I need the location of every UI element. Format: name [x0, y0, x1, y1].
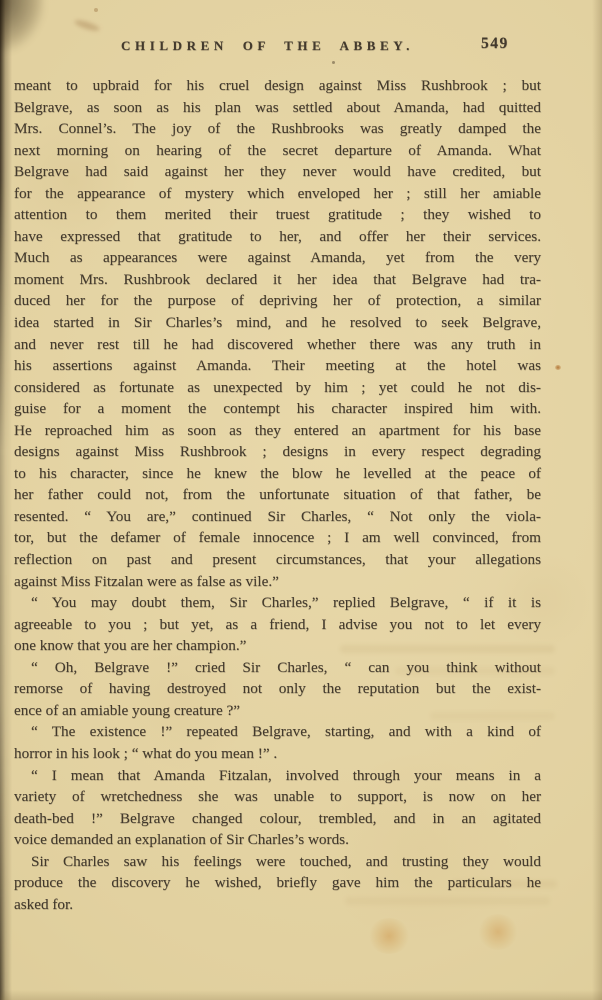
- text-line: “ The existence !” repeated Belgrave, st…: [14, 721, 541, 743]
- text-line: Belgrave had said against her they never…: [14, 161, 541, 183]
- text-line: next morning on hearing of the secret de…: [14, 140, 541, 162]
- ink-speck: [94, 8, 98, 12]
- text-line: moment Mrs. Rushbrook declared it her id…: [14, 269, 541, 291]
- text-line: horror in his look ; “ what do you mean …: [14, 743, 541, 765]
- ink-speck: [535, 458, 538, 461]
- body-text: meant to upbraid for his cruel design ag…: [14, 75, 541, 915]
- text-line: agreeable to you ; but yet, as a friend,…: [14, 614, 541, 636]
- text-line: voice demanded an explanation of Sir Cha…: [14, 829, 541, 851]
- text-line: meant to upbraid for his cruel design ag…: [14, 75, 541, 97]
- text-line: to his character, since he knew the blow…: [14, 463, 541, 485]
- bleedthrough-smudge: [395, 667, 555, 675]
- text-line: Sir Charles saw his feelings were touche…: [14, 851, 541, 873]
- text-line: variety of wretchedness she was unable t…: [14, 786, 541, 808]
- text-line: considered as fortunate as unexpected by…: [14, 377, 541, 399]
- text-line: Belgrave, as soon as his plan was settle…: [14, 97, 541, 119]
- text-line: for the appearance of mystery which enve…: [14, 183, 541, 205]
- bleedthrough-smudge: [430, 712, 555, 720]
- text-line: death-bed !” Belgrave changed colour, tr…: [14, 808, 541, 830]
- text-line: his assertions against Amanda. Their mee…: [14, 355, 541, 377]
- text-line: reflection on past and present circumsta…: [14, 549, 541, 571]
- text-line: He reproached him as soon as they entere…: [14, 420, 541, 442]
- page-edge-shade: [592, 0, 602, 1000]
- text-line: attention to them merited their truest g…: [14, 204, 541, 226]
- text-line: Much as appearances were against Amanda,…: [14, 247, 541, 269]
- foxing-stain: [478, 914, 518, 950]
- book-page-scan: CHILDREN OF THE ABBEY. 549 meant to upbr…: [0, 0, 602, 1000]
- page-edge-shade: [0, 990, 602, 1000]
- text-line: “ I mean that Amanda Fitzalan, involved …: [14, 765, 541, 787]
- text-line: have expressed that gratitude to her, an…: [14, 226, 541, 248]
- text-line: her father could not, from the unfortuna…: [14, 484, 541, 506]
- page-number: 549: [481, 35, 509, 53]
- text-line: duced her for the purpose of depriving h…: [14, 290, 541, 312]
- bleedthrough-smudge: [345, 897, 550, 905]
- text-line: resented. “ You are,” continued Sir Char…: [14, 506, 541, 528]
- text-line: guise for a moment the contempt his char…: [14, 398, 541, 420]
- ink-speck: [555, 365, 561, 370]
- gutter-shadow: [0, 0, 12, 1000]
- ink-dot: [332, 61, 335, 64]
- text-line: against Miss Fitzalan were as false as v…: [14, 571, 541, 593]
- text-line: idea started in Sir Charles’s mind, and …: [14, 312, 541, 334]
- paper-streak: [74, 18, 101, 33]
- text-line: remorse of having destroyed not only the…: [14, 678, 541, 700]
- text-line: “ You may doubt them, Sir Charles,” repl…: [14, 592, 541, 614]
- text-line: designs against Miss Rushbrook ; designs…: [14, 441, 541, 463]
- text-line: tor, but the defamer of female innocence…: [14, 527, 541, 549]
- bleedthrough-smudge: [340, 645, 555, 653]
- text-line: and never rest till he had discovered wh…: [14, 334, 541, 356]
- running-header-title: CHILDREN OF THE ABBEY.: [121, 38, 414, 54]
- text-line: Mrs. Connel’s. The joy of the Rushbrooks…: [14, 118, 541, 140]
- foxing-stain: [368, 918, 410, 954]
- bleedthrough-smudge: [452, 880, 557, 888]
